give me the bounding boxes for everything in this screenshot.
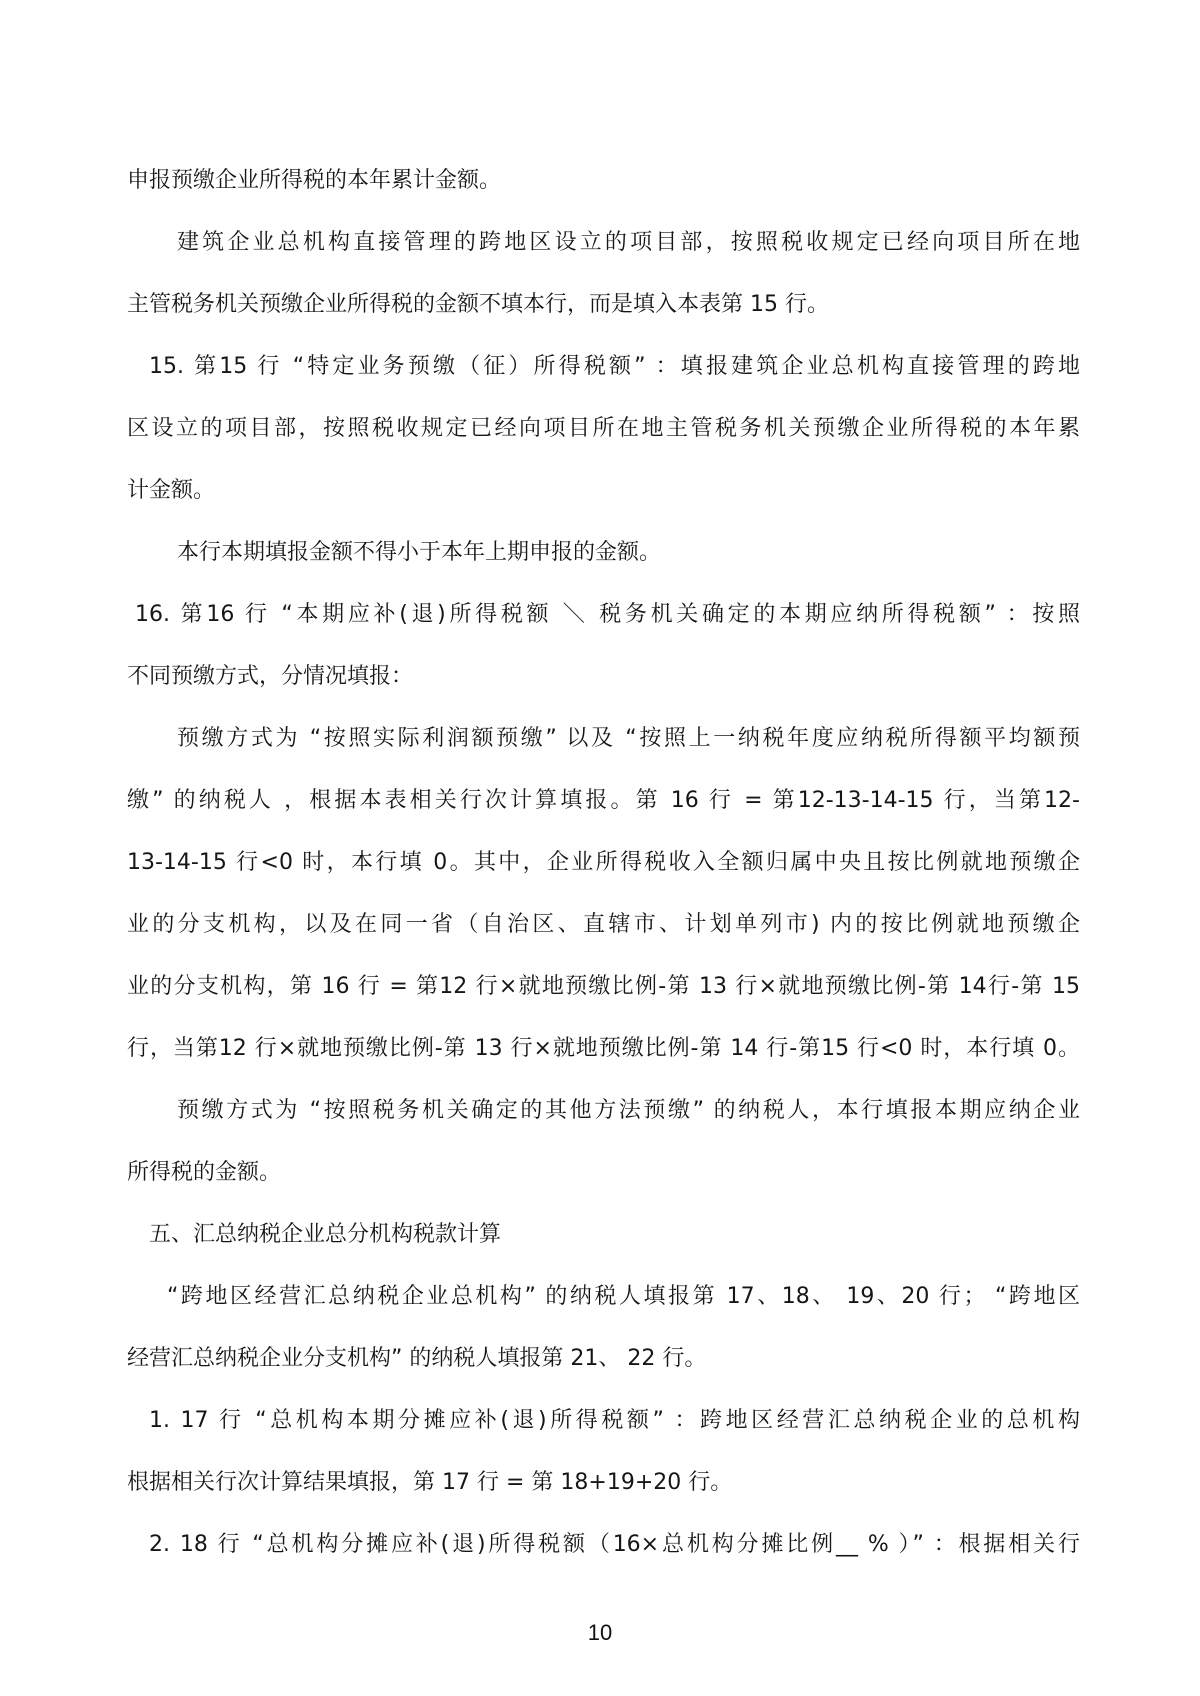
text-line: 16. 第16 行 “本期应补(退)所得税额 ＼ 税务机关确定的本期应纳所得税额… <box>127 584 1080 646</box>
text-line: 13-14-15 行<0 时，本行填 0。其中，企业所得税收入全额归属中央且按比… <box>127 832 1080 894</box>
text-line: 计金额。 <box>127 460 1080 522</box>
text-line: 主管税务机关预缴企业所得税的金额不填本行，而是填入本表第 15 行。 <box>127 274 1080 336</box>
text-line: 15. 第15 行 “特定业务预缴（征）所得税额” ：填报建筑企业总机构直接管理… <box>127 336 1080 398</box>
text-line: “跨地区经营汇总纳税企业总机构” 的纳税人填报第 17、18、 19、20 行；… <box>127 1266 1080 1328</box>
text-line: 业的分支机构，第 16 行 = 第12 行×就地预缴比例-第 13 行×就地预缴… <box>127 956 1080 1018</box>
text-line: 缴” 的纳税人 ，根据本表相关行次计算填报。第 16 行 = 第12-13-14… <box>127 770 1080 832</box>
text-line: 预缴方式为 “按照实际利润额预缴” 以及 “按照上一纳税年度应纳税所得额平均额预 <box>127 708 1080 770</box>
text-line: 1. 17 行 “总机构本期分摊应补(退)所得税额” ：跨地区经营汇总纳税企业的… <box>127 1390 1080 1452</box>
text-line: 行，当第12 行×就地预缴比例-第 13 行×就地预缴比例-第 14 行-第15… <box>127 1018 1080 1080</box>
text-line: 经营汇总纳税企业分支机构” 的纳税人填报第 21、 22 行。 <box>127 1328 1080 1390</box>
page-number: 10 <box>588 1620 612 1645</box>
text-line: 不同预缴方式，分情况填报： <box>127 646 1080 708</box>
text-line: 预缴方式为 “按照税务机关确定的其他方法预缴” 的纳税人，本行填报本期应纳企业 <box>127 1080 1080 1142</box>
text-line: 申报预缴企业所得税的本年累计金额。 <box>127 150 1080 212</box>
page-footer: 10 <box>0 1620 1200 1646</box>
document-body: 申报预缴企业所得税的本年累计金额。 建筑企业总机构直接管理的跨地区设立的项目部，… <box>127 150 1080 1576</box>
text-line: 2. 18 行 “总机构分摊应补(退)所得税额（16×总机构分摊比例__ % ）… <box>127 1514 1080 1576</box>
text-line: 区设立的项目部，按照税收规定已经向项目所在地主管税务机关预缴企业所得税的本年累 <box>127 398 1080 460</box>
text-line: 业的分支机构，以及在同一省（自治区、直辖市、计划单列市) 内的按比例就地预缴企 <box>127 894 1080 956</box>
text-line: 根据相关行次计算结果填报，第 17 行 = 第 18+19+20 行。 <box>127 1452 1080 1514</box>
document-page: 申报预缴企业所得税的本年累计金额。 建筑企业总机构直接管理的跨地区设立的项目部，… <box>0 0 1200 1696</box>
text-line: 五、汇总纳税企业总分机构税款计算 <box>127 1204 1080 1266</box>
text-line: 建筑企业总机构直接管理的跨地区设立的项目部，按照税收规定已经向项目所在地 <box>127 212 1080 274</box>
text-line: 所得税的金额。 <box>127 1142 1080 1204</box>
text-line: 本行本期填报金额不得小于本年上期申报的金额。 <box>127 522 1080 584</box>
